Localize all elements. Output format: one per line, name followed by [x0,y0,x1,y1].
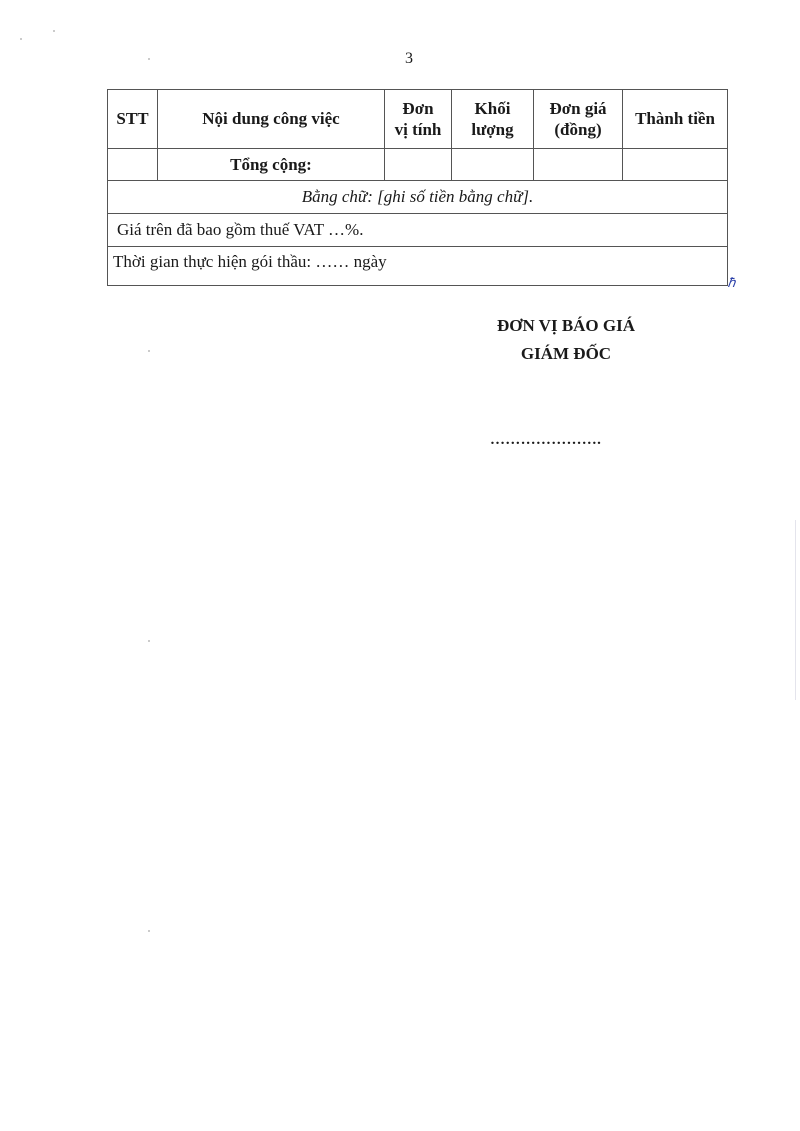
header-unit-price: Đơn giá(đồng) [534,90,623,149]
scan-artifact-line [795,520,796,700]
header-unit: Đơnvị tính [385,90,452,149]
amount-in-words-row: Bằng chữ: [ghi số tiền bằng chữ]. [108,181,728,214]
handwritten-initial: ħ [727,276,739,291]
header-amount: Thành tiền [623,90,728,149]
vat-note: Giá trên đã bao gồm thuế VAT …%. [108,214,728,247]
duration-row: Thời gian thực hiện gói thầu: …… ngày [108,247,728,286]
total-amount-cell [623,149,728,181]
total-unit-cell [385,149,452,181]
scan-speck [148,930,150,932]
total-row: Tổng cộng: [108,149,728,181]
quote-table: STT Nội dung công việc Đơnvị tính Khốilư… [107,89,728,286]
total-stt-cell [108,149,158,181]
signature-name-placeholder: …………………. [490,432,640,449]
signature-unit: ĐƠN VỊ BÁO GIÁ [466,312,666,340]
scan-speck [148,350,150,352]
signature-title: GIÁM ĐỐC [466,340,666,368]
total-unit-price-cell [534,149,623,181]
signature-block: ĐƠN VỊ BÁO GIÁ GIÁM ĐỐC [466,312,666,368]
header-quantity: Khốilượng [452,90,534,149]
page-number: 3 [0,50,800,68]
vat-row: Giá trên đã bao gồm thuế VAT …%. [108,214,728,247]
total-quantity-cell [452,149,534,181]
amount-in-words: Bằng chữ: [ghi số tiền bằng chữ]. [108,181,728,214]
header-stt: STT [108,90,158,149]
total-label: Tổng cộng: [158,149,385,181]
header-content: Nội dung công việc [158,90,385,149]
scan-speck [53,30,55,32]
scan-speck [148,640,150,642]
duration-note: Thời gian thực hiện gói thầu: …… ngày [108,247,728,286]
table-header-row: STT Nội dung công việc Đơnvị tính Khốilư… [108,90,728,149]
scan-speck [20,38,22,40]
